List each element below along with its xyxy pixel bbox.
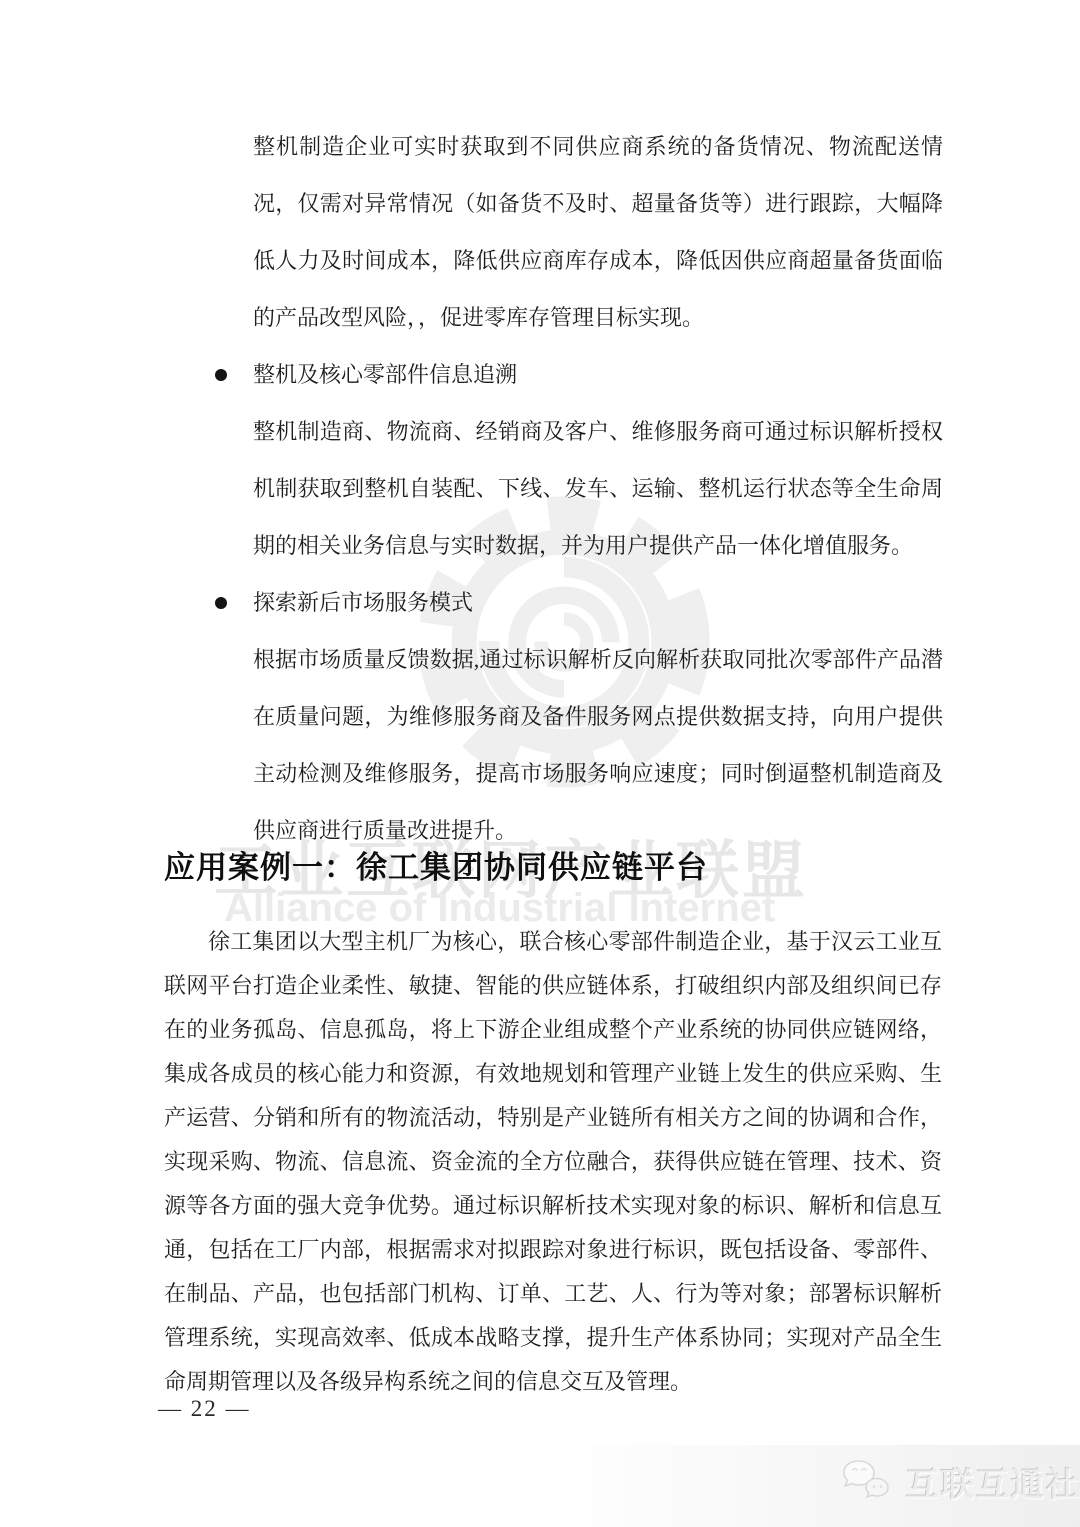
bullet-body: 整机制造商、物流商、经销商及客户、维修服务商可通过标识解析授权机制获取到整机自装… [253,403,943,574]
bullet-title: 整机及核心零部件信息追溯 [253,362,517,387]
bullet-dot-icon [215,369,227,381]
case-paragraph: 徐工集团以大型主机厂为核心，联合核心零部件制造企业，基于汉云工业互联网平台打造企… [164,920,942,1404]
bullet-body: 根据市场质量反馈数据,通过标识解析反向解析获取同批次零部件产品潜在质量问题，为维… [253,631,943,859]
bullet-item-aftermarket: 探索新后市场服务模式 [253,574,943,631]
community-logo-label: 互联互通社区 [906,1459,1080,1506]
community-logo: 互联互通社区 [836,1458,1080,1506]
document-page: 工业互联网产业联盟 Alliance of Industrial Interne… [0,0,1080,1527]
bullet-title: 探索新后市场服务模式 [253,590,473,615]
case-heading: 应用案例一：徐工集团协同供应链平台 [164,846,942,890]
page-number: — 22 — [158,1396,251,1422]
lead-paragraph: 整机制造企业可实时获取到不同供应商系统的备货情况、物流配送情况，仅需对异常情况（… [253,118,943,346]
bullet-item-traceability: 整机及核心零部件信息追溯 [253,346,943,403]
wechat-bubbles-icon [836,1458,898,1506]
bullet-dot-icon [215,597,227,609]
case-study-section: 应用案例一：徐工集团协同供应链平台 徐工集团以大型主机厂为核心，联合核心零部件制… [164,846,942,1404]
bullet-list-section: 整机制造企业可实时获取到不同供应商系统的备货情况、物流配送情况，仅需对异常情况（… [253,118,943,859]
